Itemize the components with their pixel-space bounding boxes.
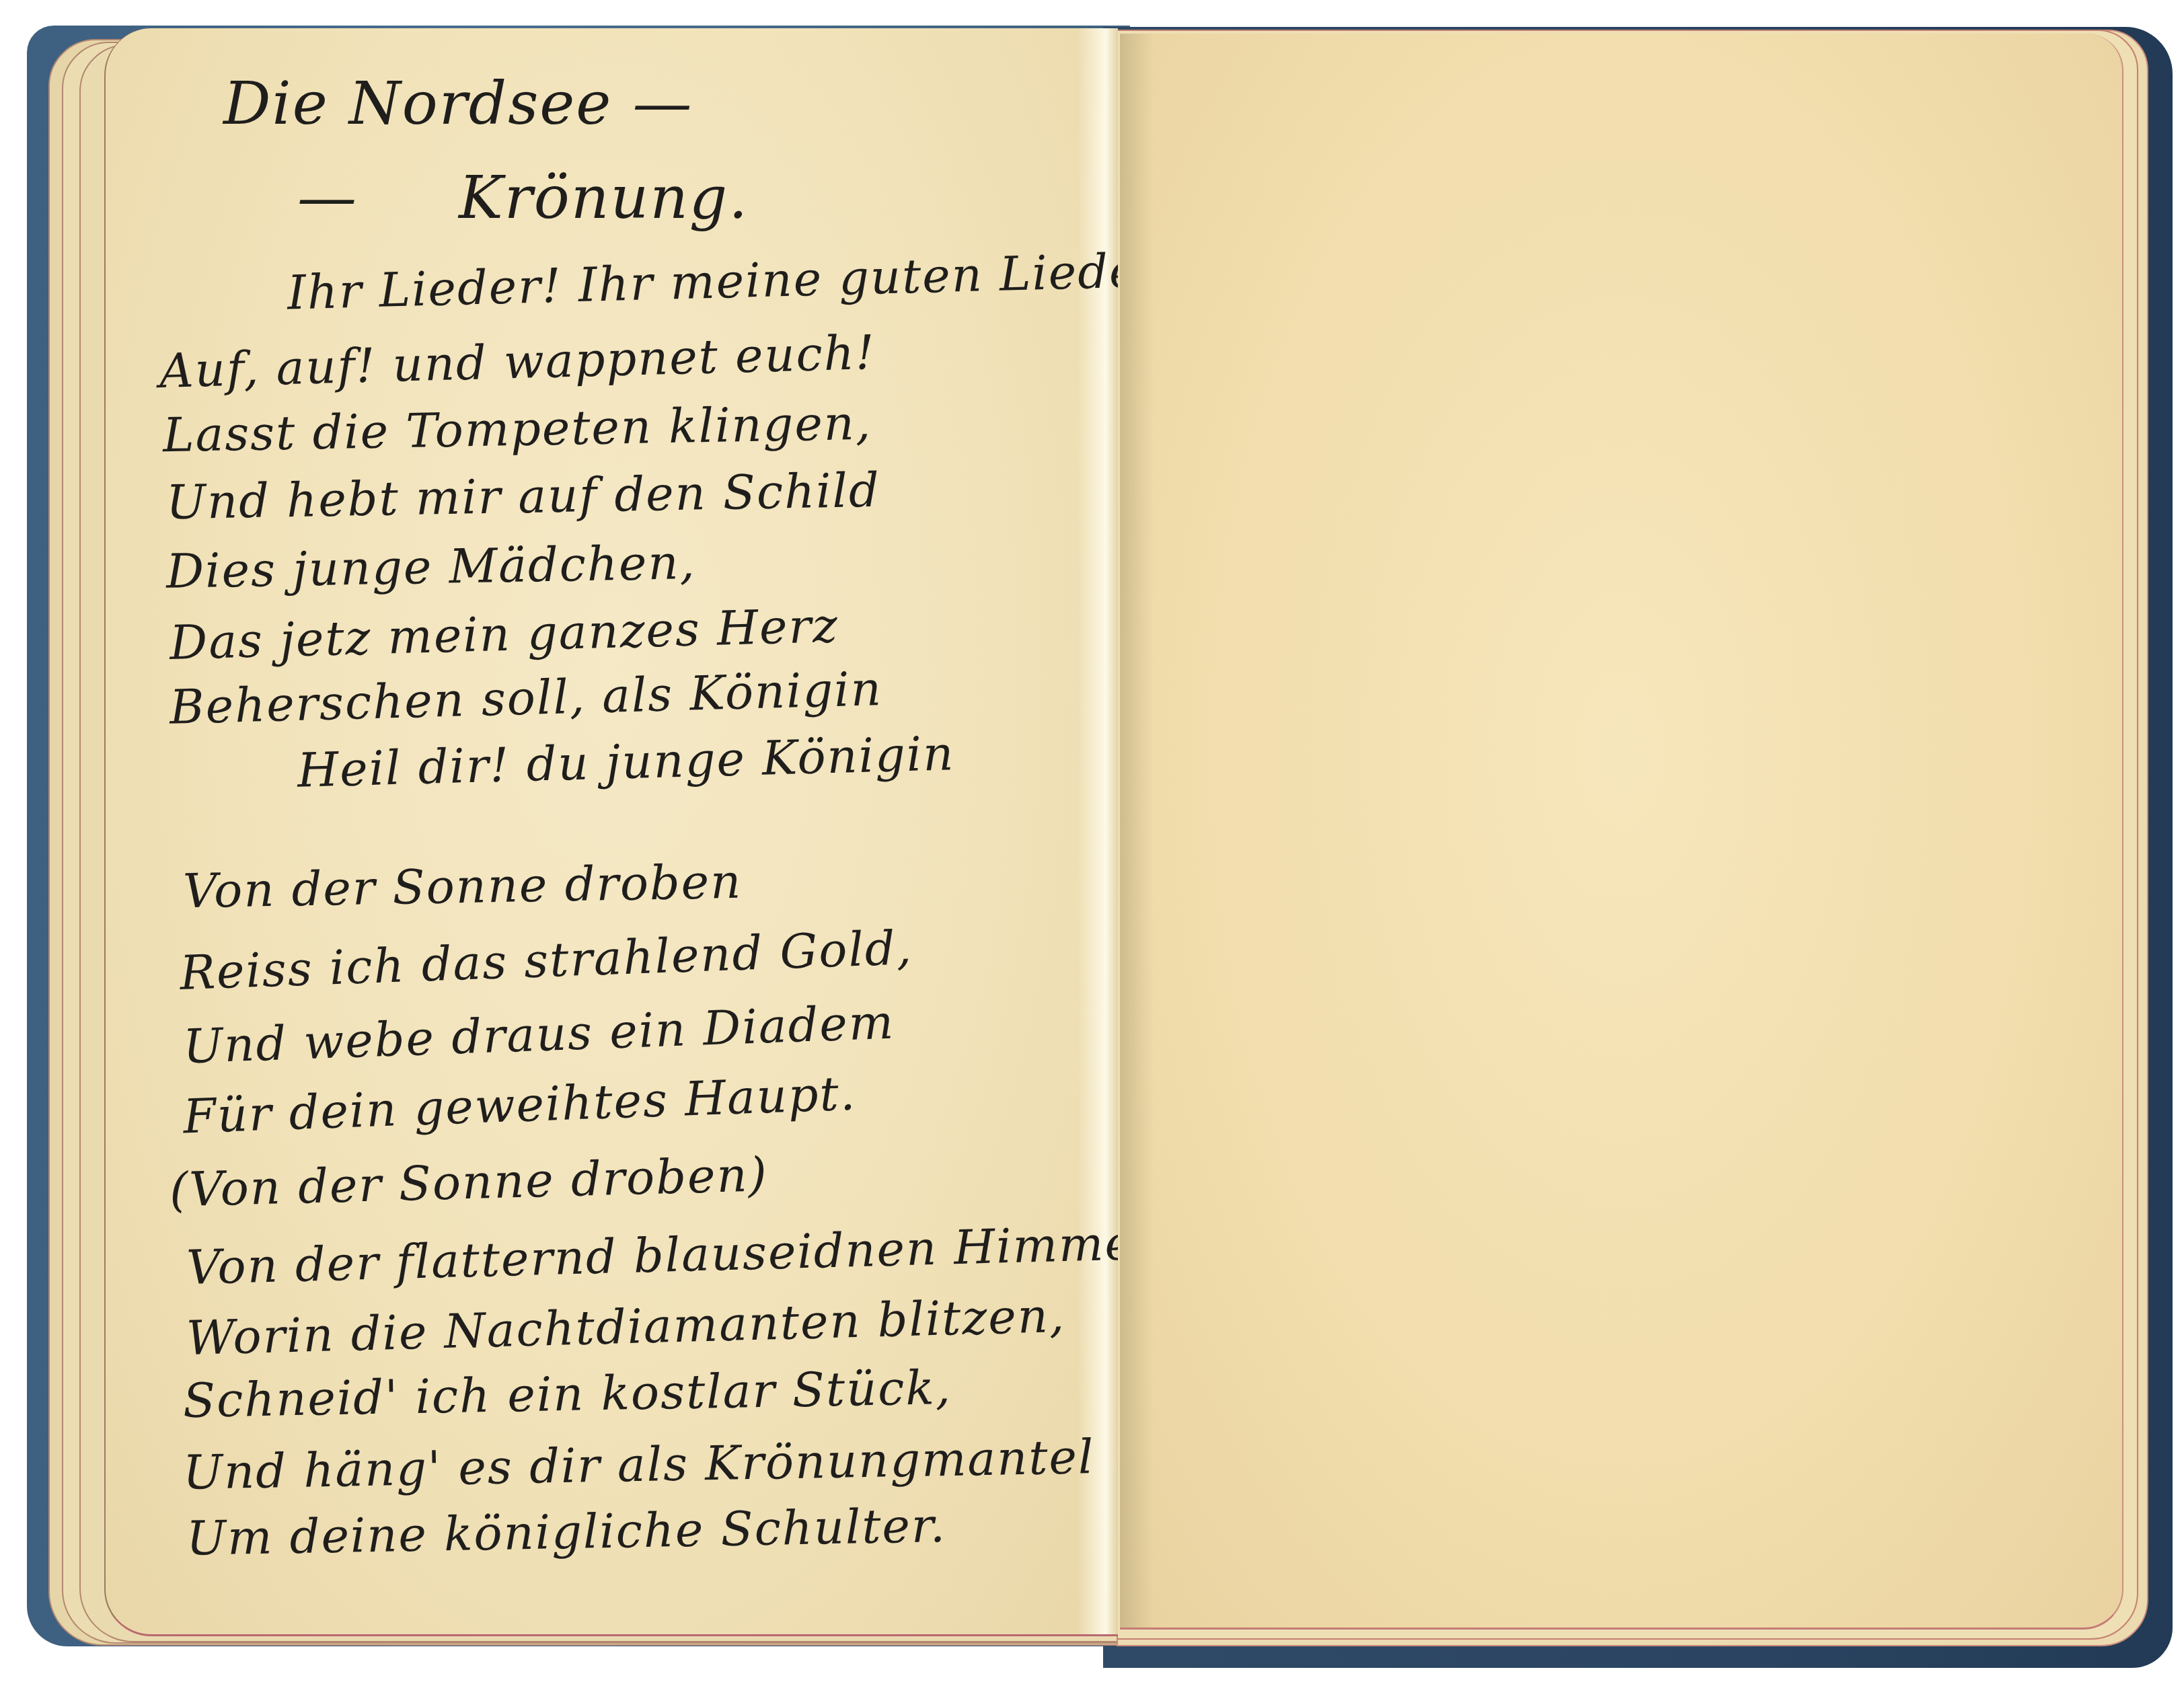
poem-title: Die Nordsee — <box>223 69 693 138</box>
verse-line: Auf, auf! und wappnet euch! <box>159 325 876 399</box>
verse-line: Worin die Nachtdiamanten blitzen, <box>186 1288 1066 1366</box>
poem-subtitle: Krönung. <box>459 163 749 232</box>
verse-line: Beherschen soll, als Königin <box>169 661 883 735</box>
verse-line: Reiss ich das strahlend Gold, <box>179 920 913 1001</box>
verse-line: Schneid' ich ein kostlar Stück, <box>182 1360 952 1428</box>
verse-line: Um deine königliche Schulter. <box>186 1498 946 1566</box>
verse-line: Und webe draus ein Diadem <box>182 995 895 1075</box>
verse-line: Für dein geweihtes Haupt. <box>182 1066 857 1145</box>
verse-line: Heil dir! du junge Königin <box>297 726 955 798</box>
verse-line: Lasst die Tompeten klingen, <box>162 395 872 463</box>
verse-line: (Von der Sonne droben) <box>169 1147 769 1217</box>
verse-line: Das jetz mein ganzes Herz <box>169 598 839 671</box>
verse-line: Und häng' es dir als Krönungmantel <box>182 1429 1094 1500</box>
verse-line: Von der Sonne droben <box>182 854 743 919</box>
title-dash: — <box>297 163 358 232</box>
verse-line: Ihr Lieder! Ihr meine guten Lieder! <box>287 242 1118 321</box>
verse-line: Von der flatternd blauseidnen Himmelsdec… <box>186 1211 1118 1295</box>
verse-line: Und hebt mir auf den Schild <box>165 463 880 531</box>
verse-line: Dies junge Mädchen, <box>165 535 696 599</box>
gutter-shadow <box>1120 34 1154 1628</box>
left-page: Die Nordsee — — Krönung. Ihr Lieder! Ihr… <box>104 28 1118 1636</box>
right-page-blank <box>1120 34 2123 1630</box>
